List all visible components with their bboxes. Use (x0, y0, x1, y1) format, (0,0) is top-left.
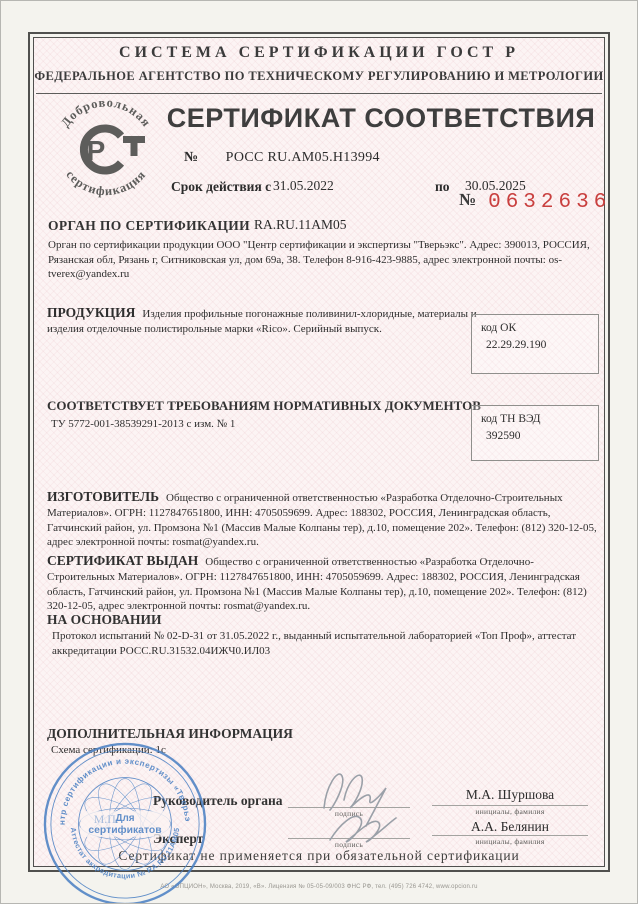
expert-name-line (432, 835, 588, 836)
code-ok-value: 22.29.29.190 (481, 337, 589, 354)
code-ok-box: код ОК 22.29.29.190 (471, 314, 599, 374)
registration-number-row: № РОСС RU.AM05.H13994 (184, 150, 380, 166)
organ-description: Орган по сертификации продукции ООО "Цен… (48, 238, 596, 282)
registration-number-label: № (184, 150, 198, 165)
product-label: ПРОДУКЦИЯ (47, 305, 135, 320)
product-section: ПРОДУКЦИЯИзделия профильные погонажные п… (47, 304, 495, 337)
manufacturer-section: ИЗГОТОВИТЕЛЬОбщество с ограниченной отве… (47, 488, 601, 550)
organ-section-label: ОРГАН ПО СЕРТИФИКАЦИИ (48, 218, 250, 234)
issued-label: СЕРТИФИКАТ ВЫДАН (47, 553, 198, 568)
blank-serial-row: № 0632636 (459, 190, 611, 214)
manufacturer-label: ИЗГОТОВИТЕЛЬ (47, 489, 159, 504)
blank-serial-number: 0632636 (488, 191, 611, 214)
code-tnved-box: код ТН ВЭД 392590 (471, 405, 599, 461)
stamp-mp-mark: М.П. (94, 812, 119, 826)
validity-date-from: 31.05.2022 (273, 178, 334, 194)
expert-signature-icon (330, 816, 396, 842)
issued-section: СЕРТИФИКАТ ВЫДАНОбщество с ограниченной … (47, 552, 601, 614)
head-name: М.А. Шуршова (432, 787, 588, 803)
code-ok-label: код ОК (481, 320, 589, 337)
expert-name: А.А. Белянин (432, 819, 588, 835)
logo-t-shape (123, 136, 145, 156)
header-divider (36, 93, 602, 94)
validity-to-label: по (435, 179, 450, 195)
logo-letter: Р (87, 135, 106, 166)
validity-label: Срок действия с (171, 179, 271, 195)
head-signature-icon (324, 774, 386, 826)
expert-name-caption: инициалы, фамилия (432, 837, 588, 846)
head-name-line (432, 805, 588, 806)
code-tnved-value: 392590 (481, 428, 589, 445)
rst-logo-icon: Добровольная сертификация Р (45, 97, 167, 207)
compliance-documents: ТУ 5772-001-38539291-2013 с изм. № 1 (51, 417, 451, 432)
document-title: СЕРТИФИКАТ СООТВЕТСТВИЯ (163, 103, 599, 134)
agency-title: ФЕДЕРАЛЬНОЕ АГЕНТСТВО ПО ТЕХНИЧЕСКОМУ РЕ… (32, 69, 606, 84)
basis-description: Протокол испытаний № 02-D-31 от 31.05.20… (52, 629, 592, 658)
compliance-section-label: СООТВЕТСТВУЕТ ТРЕБОВАНИЯМ НОРМАТИВНЫХ ДО… (47, 398, 481, 414)
certificate-page: СИСТЕМА СЕРТИФИКАЦИИ ГОСТ Р ФЕДЕРАЛЬНОЕ … (0, 0, 638, 904)
basis-section-label: НА ОСНОВАНИИ (47, 612, 161, 628)
certification-stamp-icon: Центр сертификации и экспертизы «Тверьэк… (41, 740, 209, 904)
system-title: СИСТЕМА СЕРТИФИКАЦИИ ГОСТ Р (32, 44, 606, 62)
blank-serial-label: № (459, 190, 476, 209)
organ-accreditation-code: RA.RU.11AM05 (254, 217, 347, 233)
head-name-caption: инициалы, фамилия (432, 807, 588, 816)
registration-number: РОСС RU.AM05.H13994 (226, 150, 380, 165)
code-tnved-label: код ТН ВЭД (481, 411, 589, 428)
handwritten-signatures (296, 766, 446, 851)
